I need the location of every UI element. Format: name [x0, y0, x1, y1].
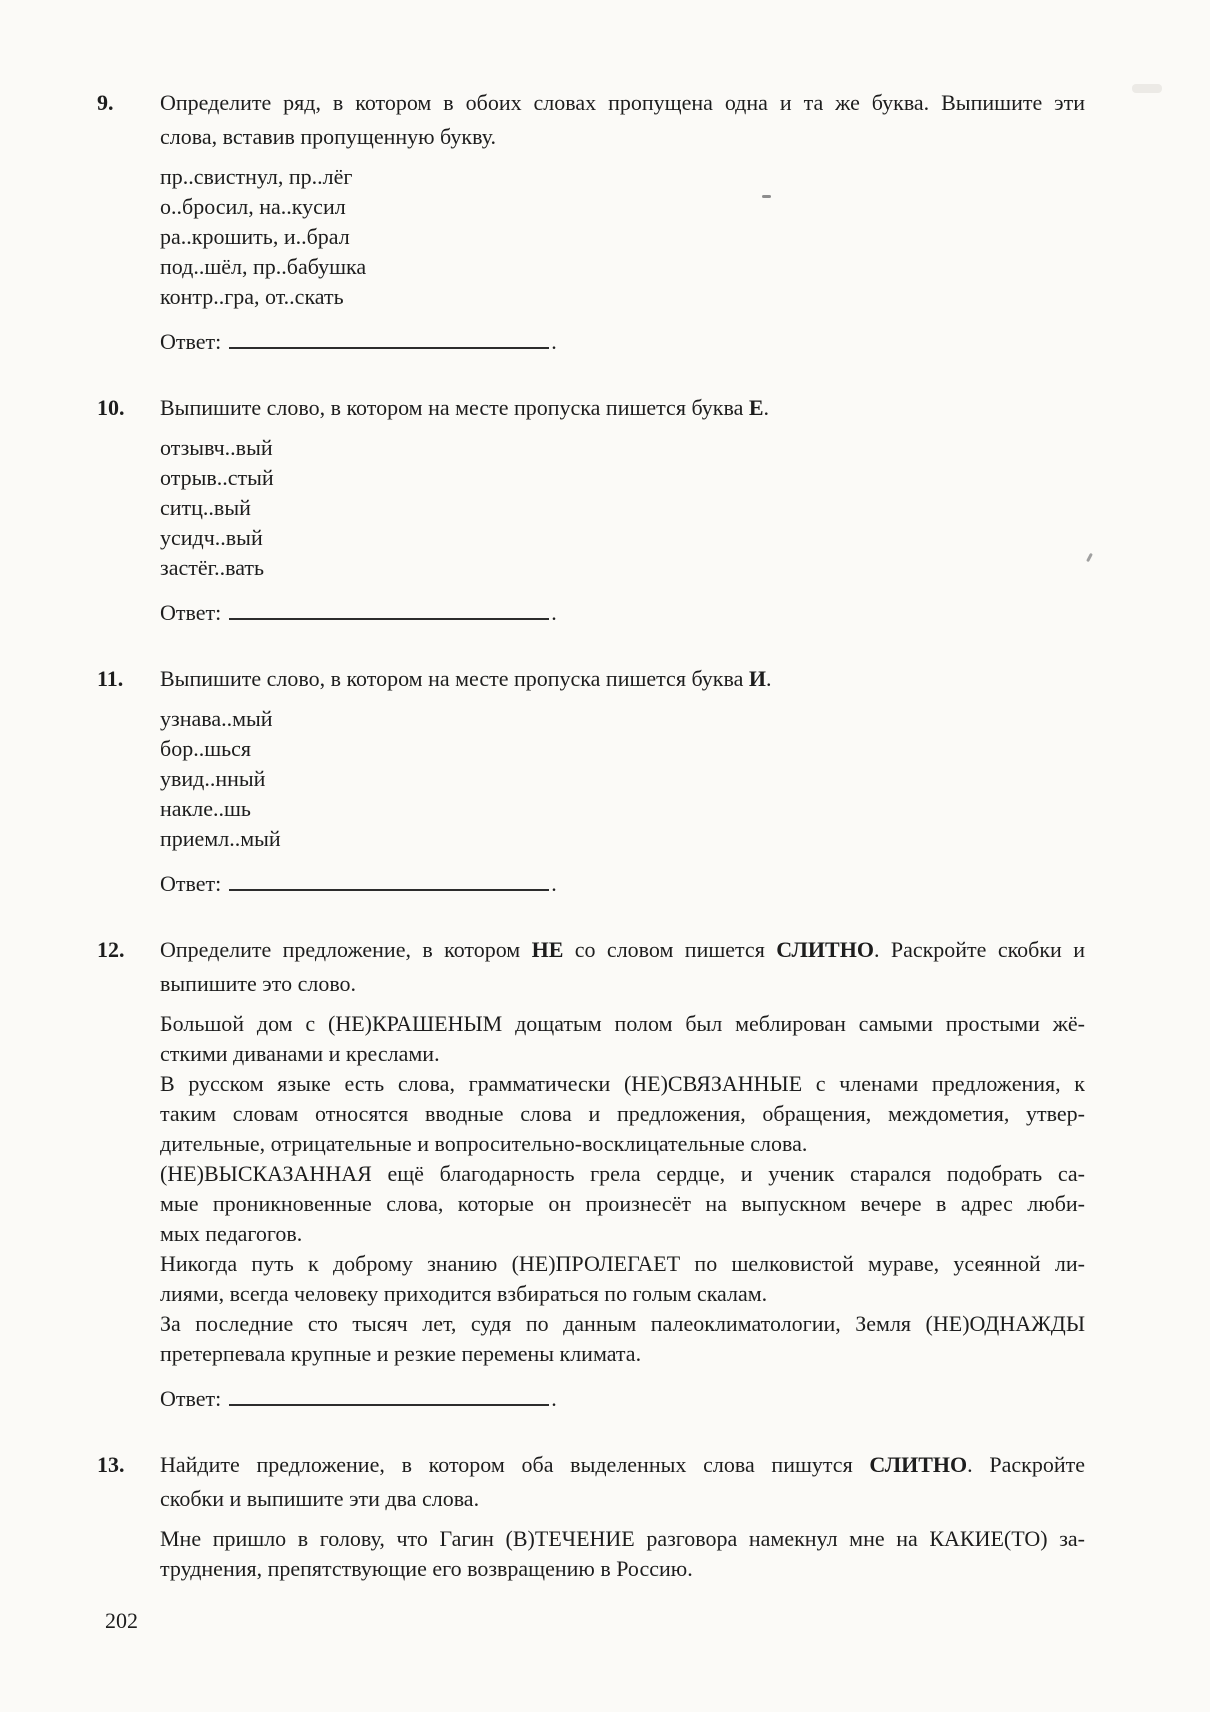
question-body: Определите предложение, в котором НЕ со …	[160, 933, 1085, 1414]
sentence-line: таким словам относятся вводные слова и п…	[160, 1099, 1085, 1129]
answer-blank	[229, 599, 549, 620]
answer-label: Ответ:	[160, 871, 221, 896]
sentence-line: За последние сто тысяч лет, судя по данн…	[160, 1309, 1085, 1339]
answer-period: .	[551, 871, 557, 896]
question-prompt: Определите предложение, в котором НЕ со …	[160, 933, 1085, 1001]
question-number: 13.	[97, 1448, 160, 1584]
option-item: отрыв..стый	[160, 463, 1085, 493]
option-list: пр..свистнул, пр..лёго..бросил, на..куси…	[160, 162, 1085, 312]
text-line: Определите ряд, в котором в обоих словах…	[160, 86, 1085, 120]
option-item: увид..нный	[160, 764, 1085, 794]
option-item: отзывч..вый	[160, 433, 1085, 463]
answer-row: Ответ:.	[160, 598, 1085, 628]
sentence-line: труднения, препятствующие его возвращени…	[160, 1554, 1085, 1584]
option-item: ситц..вый	[160, 493, 1085, 523]
question-12: 12. Определите предложение, в котором НЕ…	[97, 933, 1210, 1414]
option-list: узнава..мыйбор..шьсяувид..нныйнакле..шьп…	[160, 704, 1085, 854]
option-item: накле..шь	[160, 794, 1085, 824]
option-item: о..бросил, на..кусил	[160, 192, 1085, 222]
answer-row: Ответ:.	[160, 1384, 1085, 1414]
answer-blank	[229, 870, 549, 891]
sentence-line: мых педагогов.	[160, 1219, 1085, 1249]
question-11: 11. Выпишите слово, в котором на месте п…	[97, 662, 1210, 899]
question-10: 10. Выпишите слово, в котором на месте п…	[97, 391, 1210, 628]
answer-period: .	[551, 1386, 557, 1411]
question-body: Определите ряд, в котором в обоих словах…	[160, 86, 1085, 357]
answer-row: Ответ:.	[160, 327, 1085, 357]
question-number: 9.	[97, 86, 160, 357]
sentence-options: Мне пришло в голову, что Гагин (В)ТЕЧЕНИ…	[160, 1524, 1085, 1584]
text-line: скобки и выпишите эти два слова.	[160, 1482, 1085, 1516]
answer-period: .	[551, 600, 557, 625]
text-line: слова, вставив пропущенную букву.	[160, 120, 1085, 154]
sentence-options: Большой дом с (НЕ)КРАШЕНЫМ дощатым полом…	[160, 1009, 1085, 1369]
answer-label: Ответ:	[160, 600, 221, 625]
option-item: узнава..мый	[160, 704, 1085, 734]
answer-period: .	[551, 329, 557, 354]
question-number: 10.	[97, 391, 160, 628]
answer-label: Ответ:	[160, 329, 221, 354]
question-9: 9. Определите ряд, в котором в обоих сло…	[97, 86, 1210, 357]
question-prompt: Выпишите слово, в котором на месте пропу…	[160, 662, 1085, 696]
option-item: застёг..вать	[160, 553, 1085, 583]
answer-row: Ответ:.	[160, 869, 1085, 899]
option-item: бор..шься	[160, 734, 1085, 764]
sentence-line: лиями, всегда человеку приходится взбира…	[160, 1279, 1085, 1309]
question-body: Найдите предложение, в котором оба выдел…	[160, 1448, 1085, 1584]
question-body: Выпишите слово, в котором на месте пропу…	[160, 662, 1085, 899]
text-line: Найдите предложение, в котором оба выдел…	[160, 1448, 1085, 1482]
question-prompt: Найдите предложение, в котором оба выдел…	[160, 1448, 1085, 1516]
scanned-exam-page: 9. Определите ряд, в котором в обоих сло…	[0, 0, 1210, 1712]
sentence-line: дительные, отрицательные и вопросительно…	[160, 1129, 1085, 1159]
sentence-line: Большой дом с (НЕ)КРАШЕНЫМ дощатым полом…	[160, 1009, 1085, 1039]
sentence-line: Мне пришло в голову, что Гагин (В)ТЕЧЕНИ…	[160, 1524, 1085, 1554]
question-number: 11.	[97, 662, 160, 899]
answer-blank	[229, 328, 549, 349]
option-item: контр..гра, от..скать	[160, 282, 1085, 312]
sentence-line: (НЕ)ВЫСКАЗАННАЯ ещё благодарность грела …	[160, 1159, 1085, 1189]
answer-blank	[229, 1385, 549, 1406]
question-prompt: Определите ряд, в котором в обоих словах…	[160, 86, 1085, 154]
sentence-line: мые проникновенные слова, которые он про…	[160, 1189, 1085, 1219]
question-prompt: Выпишите слово, в котором на месте пропу…	[160, 391, 1085, 425]
option-list: отзывч..выйотрыв..стыйситц..выйусидч..вы…	[160, 433, 1085, 583]
option-item: усидч..вый	[160, 523, 1085, 553]
answer-label: Ответ:	[160, 1386, 221, 1411]
sentence-line: претерпевала крупные и резкие перемены к…	[160, 1339, 1085, 1369]
question-13: 13. Найдите предложение, в котором оба в…	[97, 1448, 1210, 1584]
text-line: Выпишите слово, в котором на месте пропу…	[160, 391, 1085, 425]
sentence-line: сткими диванами и креслами.	[160, 1039, 1085, 1069]
option-item: под..шёл, пр..бабушка	[160, 252, 1085, 282]
text-line: Определите предложение, в котором НЕ со …	[160, 933, 1085, 967]
sentence-line: В русском языке есть слова, грамматическ…	[160, 1069, 1085, 1099]
sentence-line: Никогда путь к доброму знанию (НЕ)ПРОЛЕГ…	[160, 1249, 1085, 1279]
text-line: выпишите это слово.	[160, 967, 1085, 1001]
page-number: 202	[105, 1606, 1210, 1636]
option-item: ра..крошить, и..брал	[160, 222, 1085, 252]
text-line: Выпишите слово, в котором на месте пропу…	[160, 662, 1085, 696]
question-body: Выпишите слово, в котором на месте пропу…	[160, 391, 1085, 628]
option-item: пр..свистнул, пр..лёг	[160, 162, 1085, 192]
option-item: приемл..мый	[160, 824, 1085, 854]
question-number: 12.	[97, 933, 160, 1414]
